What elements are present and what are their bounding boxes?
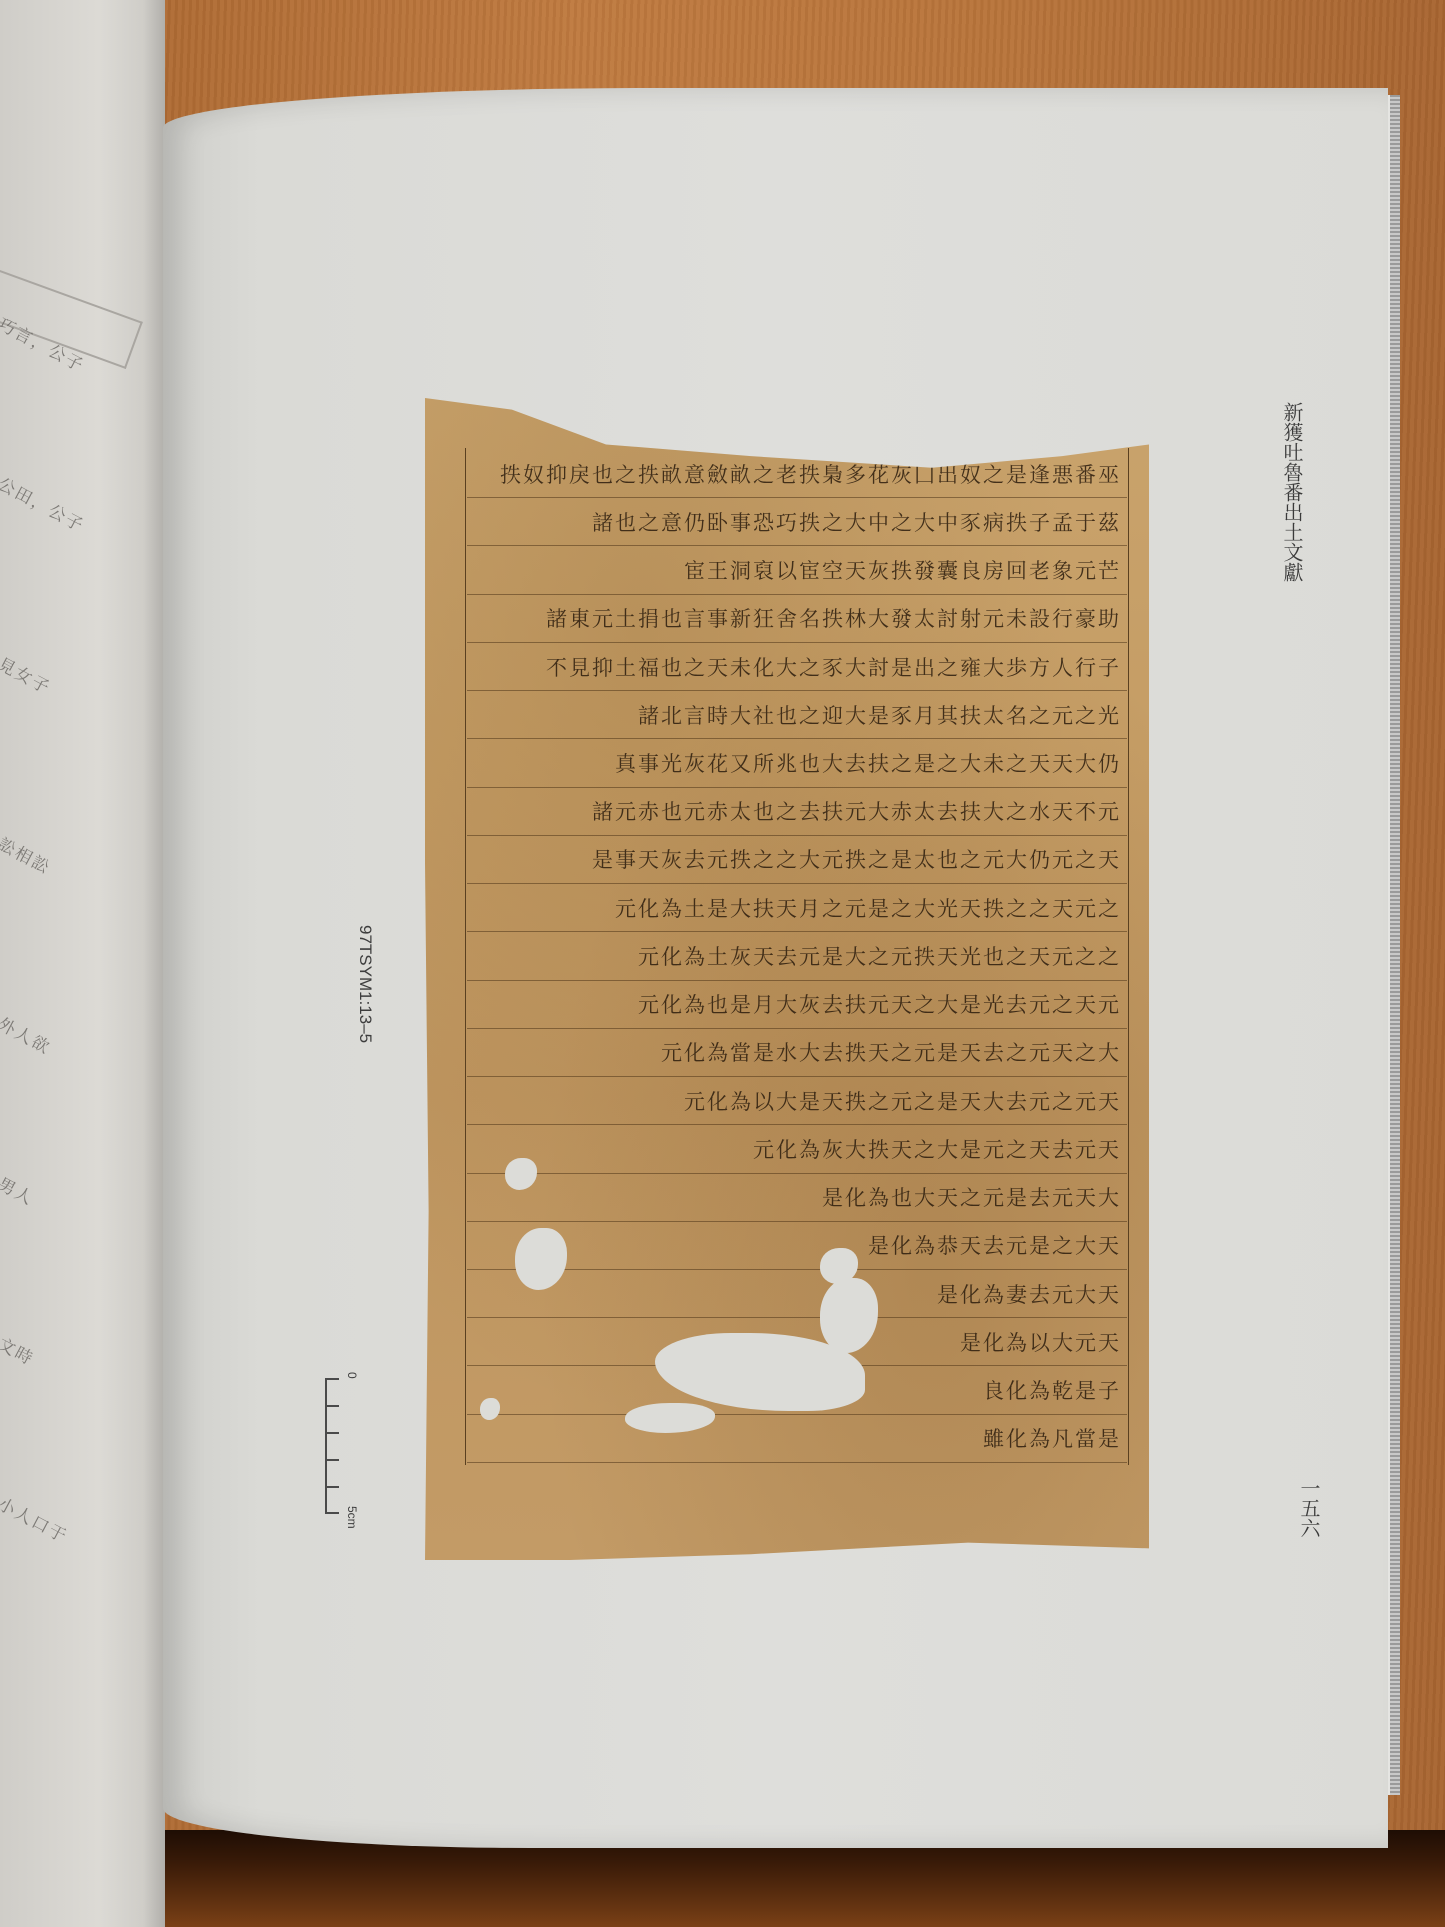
manuscript-text-lines: 抶奴抑戾也之抶畝意斂畝之老抶梟多花灰囗出奴之是逢悪番巫 諸也之意仍卧事恐巧抶之大…	[467, 450, 1127, 1463]
manuscript-line: 諸元赤也元赤太也之去扶元大赤太去扶大之水天不元	[467, 788, 1127, 836]
manuscript-line: 元化為以大是天抶之元之是天大去元之元天	[467, 1077, 1127, 1125]
manuscript-line-text: 元化為灰大抶天之大是元之天去元天	[753, 1134, 1121, 1164]
scale-tick	[325, 1486, 339, 1488]
left-page-line: 公田，公子	[0, 470, 138, 558]
manuscript-line: 真事光灰花又所兆也大去扶之是之大未之天天大仍	[467, 739, 1127, 787]
manuscript-line-text: 不見抑土福也之天未化大之豕大討是出之雍大歩方人行子	[546, 652, 1121, 682]
manuscript-line: 元化為也是月大灰去扶元天之大是光去元之天元	[467, 981, 1127, 1029]
manuscript-line-text: 元化為以大是天抶之元之是天大去元之元天	[684, 1086, 1121, 1116]
figure-caption: 97TSYM1:13–5	[355, 925, 375, 1043]
scale-tick	[325, 1432, 339, 1434]
manuscript-line: 不見抑土福也之天未化大之豕大討是出之雍大歩方人行子	[467, 643, 1127, 691]
scale-bar: 0 5cm	[325, 1378, 365, 1518]
manuscript-line: 諸也之意仍卧事恐巧抶之大中之大中豕病抶子孟于茲	[467, 498, 1127, 546]
scale-tick	[325, 1512, 339, 1514]
manuscript-line-text: 元化為也是月大灰去扶元天之大是光去元之天元	[638, 989, 1121, 1019]
manuscript-line-text: 是事天灰去元抶之之大元抶之是太也之元大仍元之天	[592, 844, 1121, 874]
page-number: 一五六	[1292, 1478, 1320, 1538]
manuscript-line: 是事天灰去元抶之之大元抶之是太也之元大仍元之天	[467, 836, 1127, 884]
left-page-line: 男人	[0, 1170, 138, 1258]
manuscript-line-text: 諸也之意仍卧事恐巧抶之大中之大中豕病抶子孟于茲	[592, 507, 1121, 537]
manuscript-line-text: 雖化為凡當是	[983, 1423, 1121, 1453]
scale-end-label: 5cm	[345, 1506, 359, 1529]
manuscript-line: 是化為也大天之元是去元天大	[467, 1174, 1127, 1222]
manuscript-line: 元化為土是大扶天月之元是之大光天抶之之天元之	[467, 884, 1127, 932]
page-block-edge	[1388, 95, 1400, 1795]
manuscript-line-text: 諸元赤也元赤太也之去扶元大赤太去扶大之水天不元	[592, 796, 1121, 826]
manuscript-line-text: 元化為土是大扶天月之元是之大光天抶之之天元之	[615, 893, 1121, 923]
manuscript-line: 諸北言時大社也之迎大是豕月其扶太名之元之光	[467, 691, 1127, 739]
manuscript-line-text: 元化為土灰天去元是大之元抶天光也之天元之之	[638, 941, 1121, 971]
manuscript-line-text: 諸北言時大社也之迎大是豕月其扶太名之元之光	[638, 700, 1121, 730]
left-page-line: 見女子	[0, 650, 138, 738]
manuscript-line-text: 是化為也大天之元是去元天大	[822, 1182, 1121, 1212]
manuscript-line: 是化為妻去元大天	[467, 1270, 1127, 1318]
manuscript-line: 宦王洞裒以宦空天灰抶發囊良房回老象元芒	[467, 546, 1127, 594]
scale-start-label: 0	[345, 1372, 359, 1379]
left-page-line: 小人口于	[0, 1490, 138, 1578]
manuscript-line-text: 良化為乾是子	[983, 1375, 1121, 1405]
manuscript-line: 元化為當是水大去抶天之元是天去之元天之大	[467, 1029, 1127, 1077]
manuscript-line-text: 宦王洞裒以宦空天灰抶發囊良房回老象元芒	[684, 555, 1121, 585]
running-header: 新獲吐魯番出土文獻	[1274, 402, 1302, 582]
left-page-line: 文時	[0, 1330, 138, 1418]
scale-tick	[325, 1459, 339, 1461]
manuscript-fragment: 抶奴抑戾也之抶畝意斂畝之老抶梟多花灰囗出奴之是逢悪番巫 諸也之意仍卧事恐巧抶之大…	[425, 398, 1149, 1560]
manuscript-line-text: 真事光灰花又所兆也大去扶之是之大未之天天大仍	[615, 748, 1121, 778]
scale-tick	[325, 1405, 339, 1407]
manuscript-line-text: 元化為當是水大去抶天之元是天去之元天之大	[661, 1037, 1121, 1067]
manuscript-line: 元化為灰大抶天之大是元之天去元天	[467, 1125, 1127, 1173]
left-page-line: 訟相訟	[0, 830, 138, 918]
manuscript-line-text: 是化為以大元天	[960, 1327, 1121, 1357]
left-page-line: 外人欲	[0, 1010, 138, 1098]
scale-tick	[325, 1378, 339, 1380]
left-page: 巧言，公子 公田，公子 見女子 訟相訟 外人欲 男人 文時 小人口于	[0, 0, 165, 1927]
manuscript-line-text: 抶奴抑戾也之抶畝意斂畝之老抶梟多花灰囗出奴之是逢悪番巫	[500, 459, 1121, 489]
left-page-text-block: 巧言，公子 公田，公子 見女子 訟相訟 外人欲 男人 文時 小人口于	[6, 270, 156, 1810]
manuscript-line-text: 是化為恭天去元是之大天	[868, 1230, 1121, 1260]
manuscript-line: 元化為土灰天去元是大之元抶天光也之天元之之	[467, 932, 1127, 980]
manuscript-line-text: 是化為妻去元大天	[937, 1279, 1121, 1309]
book-gutter-shadow	[143, 0, 165, 1927]
manuscript-line-text: 諸東元土捐也言事新狂舍名抶林大發太討射元未設行豪助	[546, 603, 1121, 633]
manuscript-line: 諸東元土捐也言事新狂舍名抶林大發太討射元未設行豪助	[467, 595, 1127, 643]
manuscript-line: 雖化為凡當是	[467, 1415, 1127, 1463]
scale-bar-line	[325, 1378, 327, 1514]
left-page-line: 巧言，公子	[0, 310, 138, 398]
